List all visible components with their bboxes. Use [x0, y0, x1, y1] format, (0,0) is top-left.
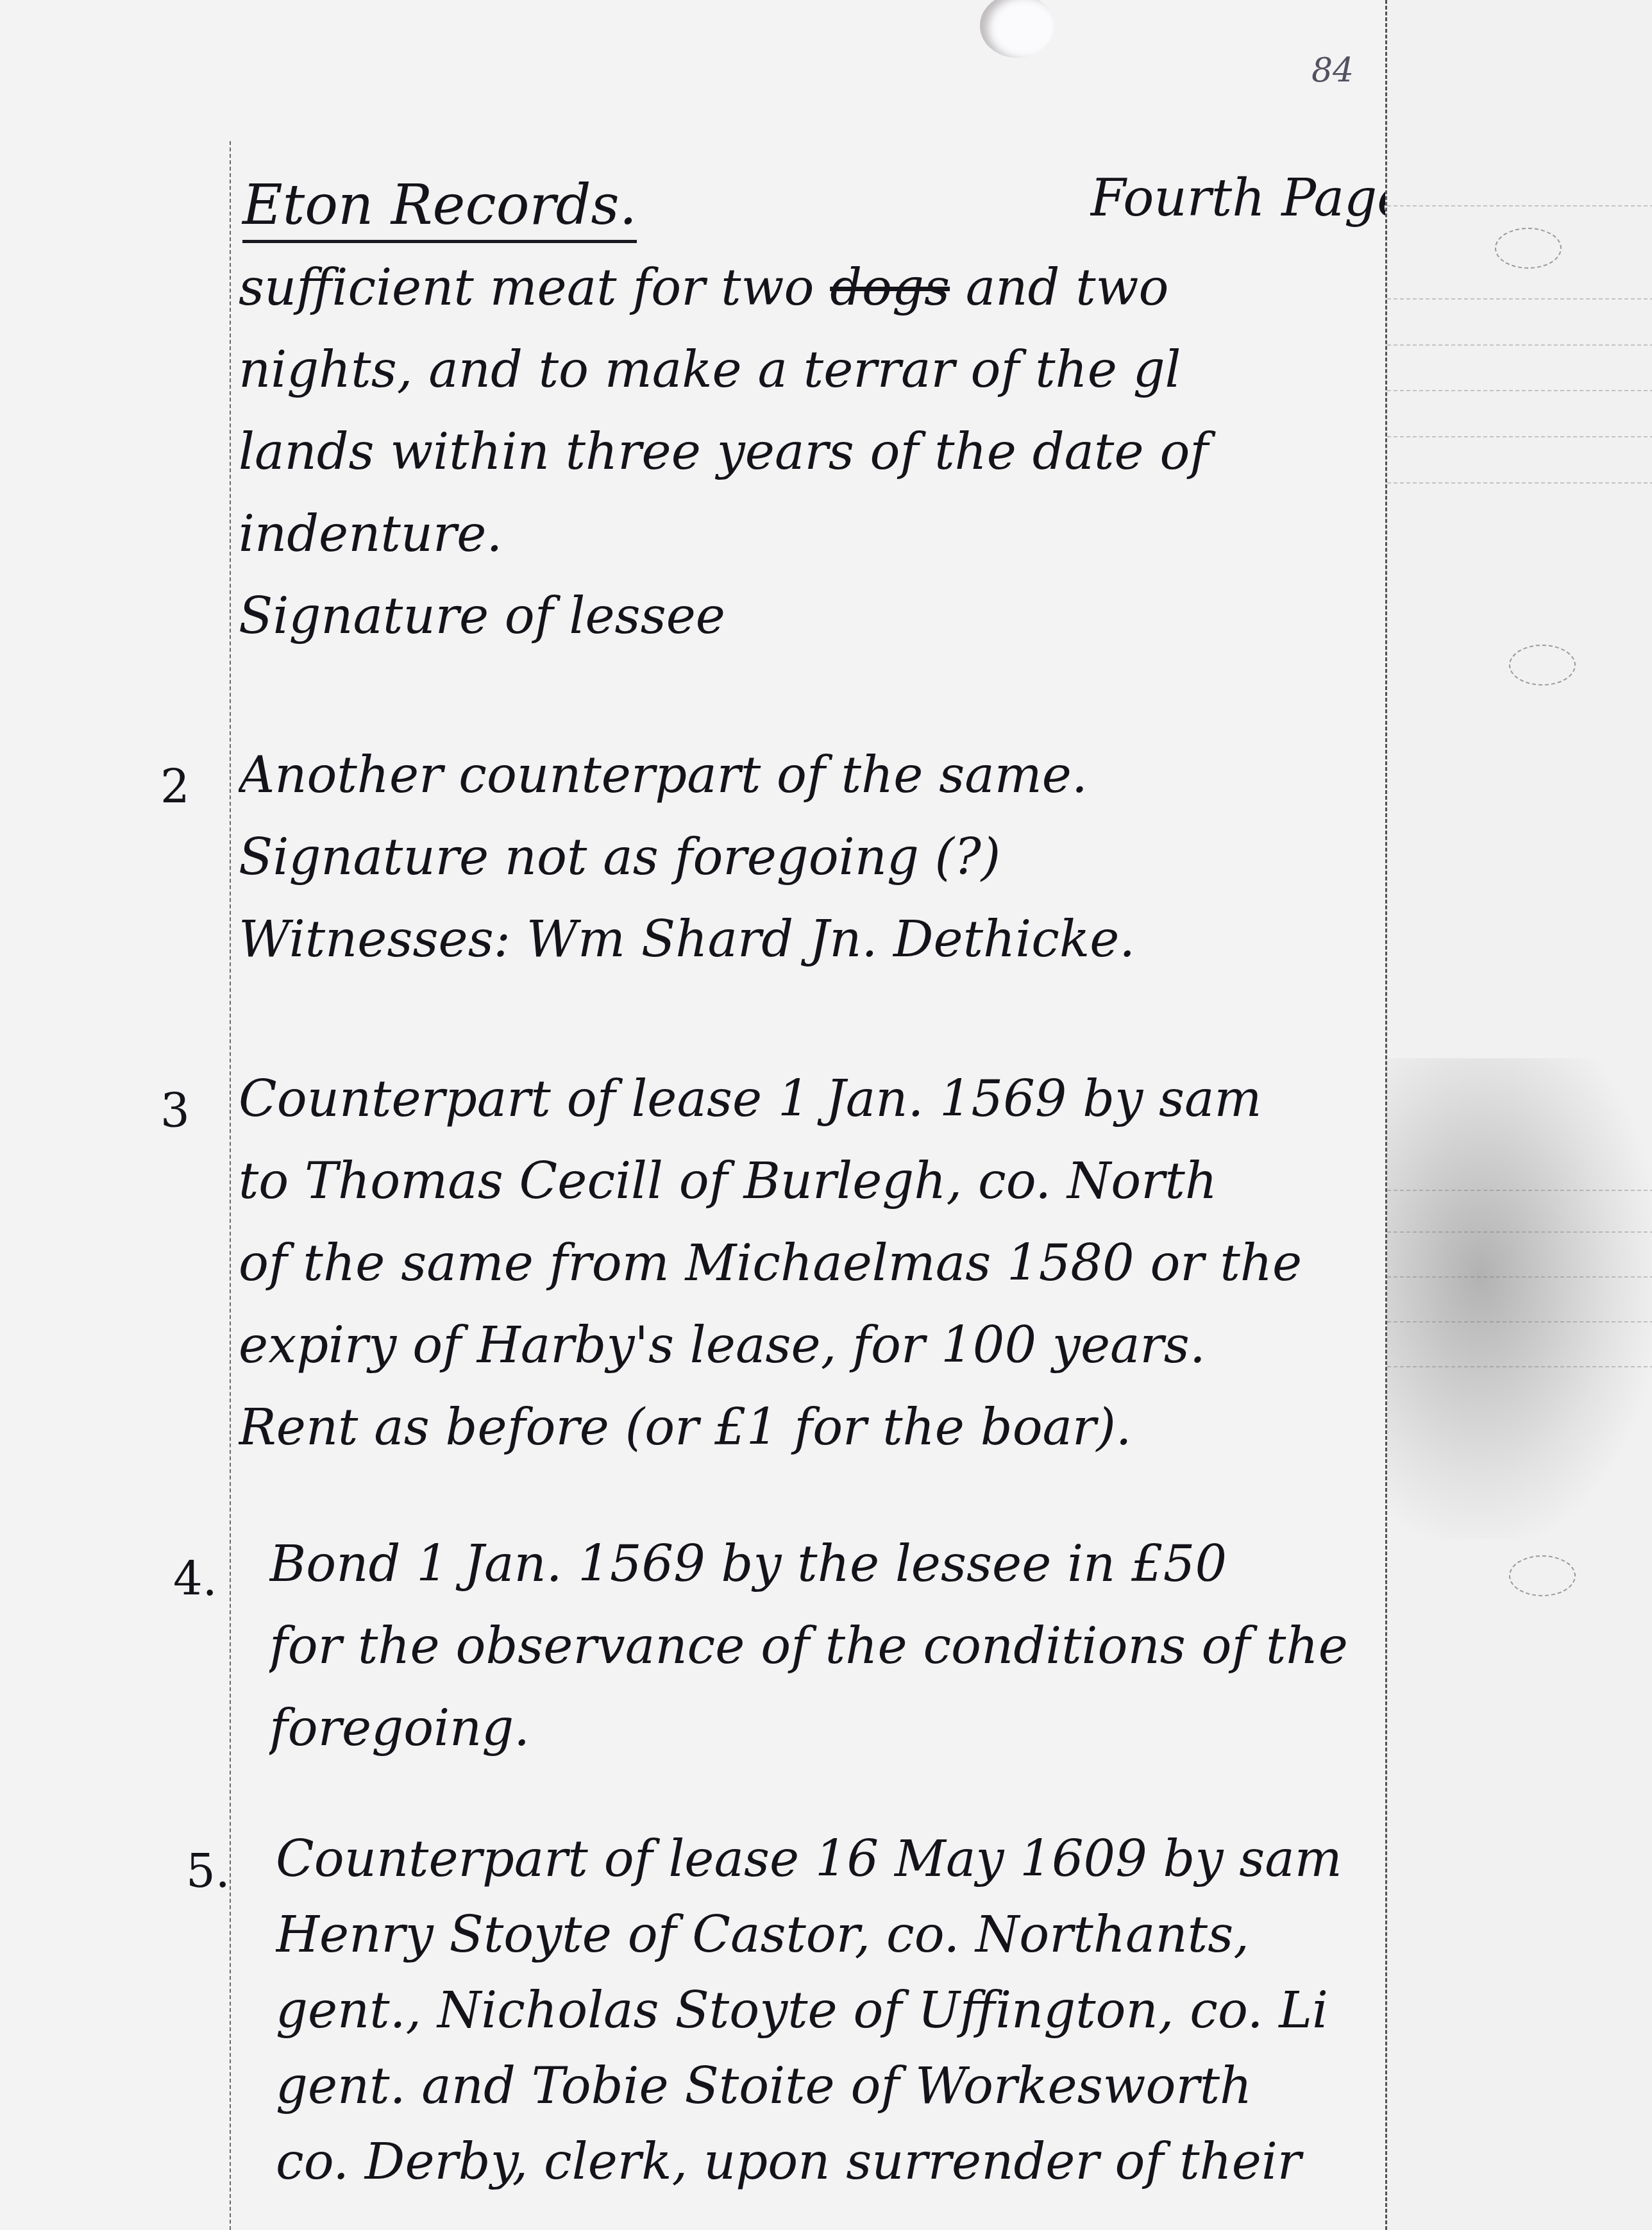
- entry-number: 3: [160, 1084, 190, 1138]
- entry-4: Bond 1 Jan. 1569 by the lessee in £50 fo…: [269, 1539, 1417, 1786]
- text-fragment: sufficient meat for two: [239, 263, 830, 317]
- text-fragment: and two: [950, 263, 1168, 317]
- text-line: nights, and to make a terrar of the gl: [239, 345, 1386, 427]
- ruled-line: [1387, 298, 1652, 300]
- ruled-line: [1387, 205, 1652, 207]
- ring-hole-icon: [1509, 645, 1576, 686]
- text-line: to Thomas Cecill of Burlegh, co. North: [239, 1156, 1386, 1238]
- entry-3: Counterpart of lease 1 Jan. 1569 by sam …: [239, 1074, 1386, 1485]
- text-line: gent. and Tobie Stoite of Workesworth: [276, 2061, 1424, 2137]
- text-line: Another counterpart of the same.: [239, 750, 1386, 832]
- text-line: co. Derby, clerk, upon surrender of thei…: [276, 2137, 1424, 2213]
- text-line: Witnesses: Wm Shard Jn. Dethicke.: [239, 915, 1386, 997]
- punch-hole: [980, 0, 1054, 58]
- ruled-line: [1387, 482, 1652, 484]
- text-line: for the observance of the conditions of …: [269, 1621, 1417, 1703]
- text-line: lands within three years of the date of: [239, 427, 1386, 509]
- ruled-line: [1387, 1190, 1652, 1191]
- text-line: Counterpart of lease 1 Jan. 1569 by sam: [239, 1074, 1386, 1156]
- page-number: 84: [1311, 51, 1354, 90]
- ruled-line: [1387, 390, 1652, 391]
- entry-number: 2: [160, 760, 190, 814]
- text-line: Bond 1 Jan. 1569 by the lessee in £50: [269, 1539, 1417, 1621]
- ruled-line: [1387, 344, 1652, 346]
- entry-5: Counterpart of lease 16 May 1609 by sam …: [276, 1834, 1424, 2213]
- ruled-line: [1387, 436, 1652, 437]
- toner-smudge: [1387, 1058, 1652, 1539]
- ruled-line: [1387, 1366, 1652, 1367]
- continuation-text: sufficient meat for two dogsdays and two…: [239, 263, 1386, 673]
- text-line: Signature not as foregoing (?): [239, 832, 1386, 915]
- struck-word: dogsdays: [830, 263, 950, 317]
- text-line: Henry Stoyte of Castor, co. Northants,: [276, 1910, 1424, 1986]
- ruled-line: [1387, 1231, 1652, 1233]
- ring-hole-icon: [1495, 228, 1562, 269]
- ring-hole-icon: [1509, 1555, 1576, 1596]
- entry-number: 5.: [186, 1844, 230, 1898]
- text-line: foregoing.: [269, 1703, 1417, 1786]
- document-page: 84 Eton Records. Fourth Page sufficient …: [0, 0, 1652, 2230]
- entry-number: 4.: [173, 1552, 217, 1606]
- document-title: Eton Records.: [242, 173, 637, 243]
- ruled-line: [1387, 1321, 1652, 1322]
- entry-2: Another counterpart of the same. Signatu…: [239, 750, 1386, 997]
- text-line: Counterpart of lease 16 May 1609 by sam: [276, 1834, 1424, 1910]
- text-line: gent., Nicholas Stoyte of Uffington, co.…: [276, 1986, 1424, 2061]
- struck-text: dogs: [830, 263, 950, 317]
- text-line: Rent as before (or £1 for the boar).: [239, 1403, 1386, 1485]
- text-line: expiry of Harby's lease, for 100 years.: [239, 1321, 1386, 1403]
- text-line: of the same from Michaelmas 1580 or the: [239, 1238, 1386, 1321]
- page-label: Fourth Page: [1090, 168, 1385, 228]
- text-line: sufficient meat for two dogsdays and two: [239, 263, 1386, 345]
- photocopy-edge-sheet: [1385, 0, 1652, 2230]
- margin-rule: [230, 141, 231, 2230]
- text-line: indenture.: [239, 509, 1386, 591]
- ruled-line: [1387, 1276, 1652, 1278]
- text-line: Signature of lessee: [239, 591, 1386, 673]
